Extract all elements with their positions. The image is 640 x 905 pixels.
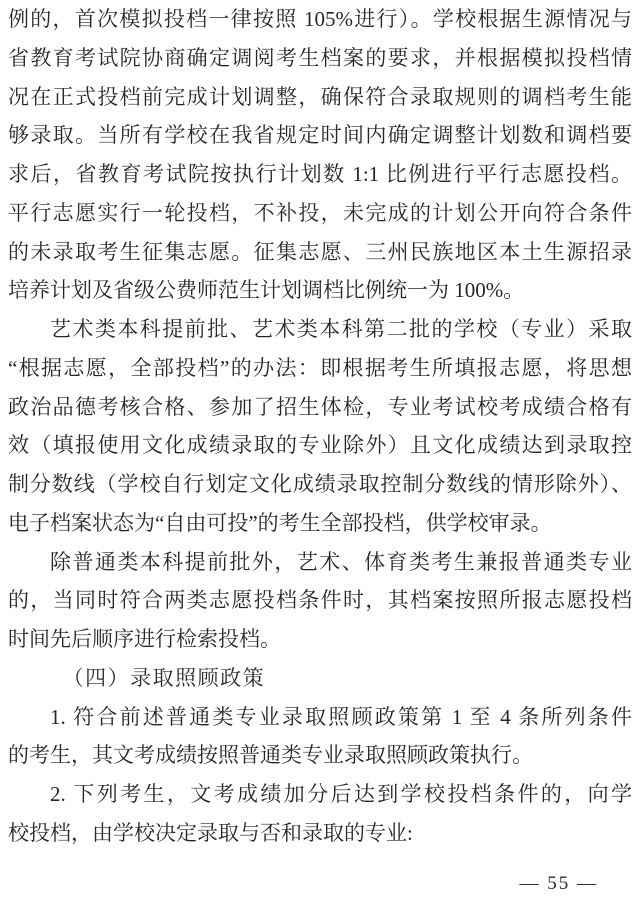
text-line: 的未录取考生征集志愿。征集志愿、三州民族地区本土生源招录: [8, 233, 632, 272]
text-line: “根据志愿，全部投档”的办法：即根据考生所填报志愿，将思想: [8, 349, 632, 388]
text-line: 的考生，其文考成绩按照普通类专业录取照顾政策执行。: [8, 736, 632, 775]
text-line: 艺术类本科提前批、艺术类本科第二批的学校（专业）采取: [8, 310, 632, 349]
text-line: 平行志愿实行一轮投档，不补投，未完成的计划公开向符合条件: [8, 194, 632, 233]
text-line: 的，当同时符合两类志愿投档条件时，其档案按照所报志愿投档: [8, 581, 632, 620]
text-line: 1. 符合前述普通类专业录取照顾政策第 1 至 4 条所列条件: [8, 698, 632, 737]
section-heading: （四）录取照顾政策: [8, 659, 632, 698]
text-line: 培养计划及省级公费师范生计划调档比例统一为 100%。: [8, 271, 632, 310]
text-line: 况在正式投档前完成计划调整，确保符合录取规则的调档考生能: [8, 78, 632, 117]
text-line: 省教育考试院协商确定调阅考生档案的要求，并根据模拟投档情: [8, 39, 632, 78]
text-line: 效（填报使用文化成绩录取的专业除外）且文化成绩达到录取控: [8, 426, 632, 465]
document-body: 例的，首次模拟投档一律按照 105%进行）。学校根据生源情况与省教育考试院协商确…: [8, 0, 632, 853]
document-page: 例的，首次模拟投档一律按照 105%进行）。学校根据生源情况与省教育考试院协商确…: [0, 0, 640, 905]
text-line: 制分数线（学校自行划定文化成绩录取控制分数线的情形除外）、: [8, 465, 632, 504]
text-line: 够录取。当所有学校在我省规定时间内确定调整计划数和调档要: [8, 116, 632, 155]
text-line: 时间先后顺序进行检索投档。: [8, 620, 632, 659]
text-line: 校投档，由学校决定录取与否和录取的专业:: [8, 814, 632, 853]
page-number: — 55 —: [520, 870, 599, 898]
text-line: 例的，首次模拟投档一律按照 105%进行）。学校根据生源情况与: [8, 0, 632, 39]
text-line: 电子档案状态为“自由可投”的考生全部投档，供学校审录。: [8, 504, 632, 543]
text-line: 2. 下列考生，文考成绩加分后达到学校投档条件的，向学: [8, 775, 632, 814]
text-line: 除普通类本科提前批外，艺术、体育类考生兼报普通类专业: [8, 543, 632, 582]
text-line: 政治品德考核合格、参加了招生体检，专业考试校考成绩合格有: [8, 388, 632, 427]
text-line: 求后，省教育考试院按执行计划数 1:1 比例进行平行志愿投档。: [8, 155, 632, 194]
